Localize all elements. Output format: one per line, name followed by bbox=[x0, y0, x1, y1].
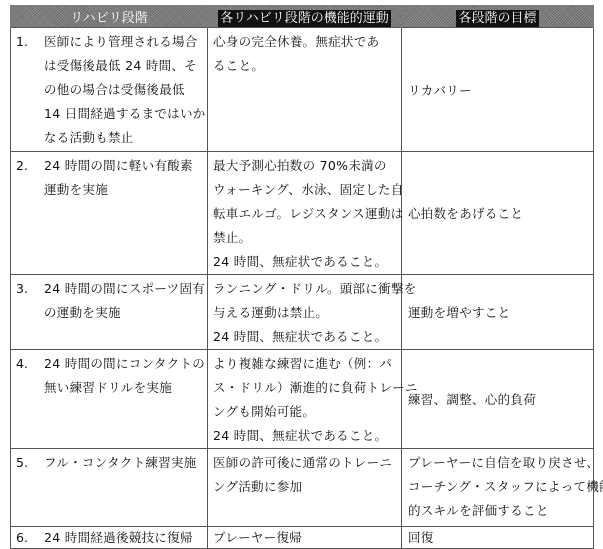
stage-number: 2. bbox=[16, 154, 44, 202]
stage-number: 4. bbox=[16, 352, 44, 400]
goal-cell: 練習、調整、心的負荷 bbox=[402, 350, 594, 449]
stage-text: 24 時間の間に軽い有酸素 運動を実施 bbox=[44, 154, 201, 202]
table-row: 5. フル・コンタクト練習実施 医師の許可後に通常のトレーニ ング活動に参加 プ… bbox=[11, 449, 594, 527]
header-stage: リハビリ段階 bbox=[11, 5, 208, 28]
stage-cell: 4. 24 時間の間にコンタクトの 無い練習ドリルを実施 bbox=[11, 350, 208, 449]
goal-cell: リカバリー bbox=[402, 28, 594, 152]
header-row: リハビリ段階 各リハビリ段階の機能的運動 各段階の目標 bbox=[11, 5, 594, 28]
stage-text: 24 時間の間にコンタクトの 無い練習ドリルを実施 bbox=[44, 352, 205, 400]
header-exercise: 各リハビリ段階の機能的運動 bbox=[208, 5, 402, 28]
stage-number: 5. bbox=[16, 451, 44, 475]
exercise-cell: ランニング・ドリル。頭部に衝撃を 与える運動は禁止。 24 時間、無症状であるこ… bbox=[208, 275, 402, 350]
table-row: 3. 24 時間の間にスポーツ固有 の運動を実施 ランニング・ドリル。頭部に衝撃… bbox=[11, 275, 594, 350]
stage-cell: 1. 医師により管理される場合 は受傷後最低 24 時間、そ の他の場合は受傷後… bbox=[11, 28, 208, 152]
stage-number: 1. bbox=[16, 30, 44, 150]
table-row: 6. 24 時間経過後競技に復帰 プレーヤー復帰 回復 bbox=[11, 527, 594, 549]
stage-text: 医師により管理される場合 は受傷後最低 24 時間、そ の他の場合は受傷後最低 … bbox=[44, 30, 206, 150]
exercise-cell: 最大予測心拍数の 70%未満の ウォーキング、水泳、固定した自 転車エルゴ。レジ… bbox=[208, 152, 402, 275]
stage-text: 24 時間の間にスポーツ固有 の運動を実施 bbox=[44, 277, 205, 325]
goal-cell: プレーヤーに自信を取り戻させ、 コーチング・スタッフによって機能 的スキルを評価… bbox=[402, 449, 594, 527]
stage-cell: 2. 24 時間の間に軽い有酸素 運動を実施 bbox=[11, 152, 208, 275]
table-row: 2. 24 時間の間に軽い有酸素 運動を実施 最大予測心拍数の 70%未満の ウ… bbox=[11, 152, 594, 275]
stage-number: 6. bbox=[16, 528, 44, 548]
exercise-cell: より複雑な練習に進む（例：パ ス・ドリル）漸進的に負荷トレーニ ングも開始可能。… bbox=[208, 350, 402, 449]
stage-cell: 6. 24 時間経過後競技に復帰 bbox=[11, 527, 208, 549]
exercise-cell: プレーヤー復帰 bbox=[208, 527, 402, 549]
exercise-cell: 心身の完全休養。無症状であ ること。 bbox=[208, 28, 402, 152]
goal-cell: 運動を増やすこと bbox=[402, 275, 594, 350]
rehab-stages-table: リハビリ段階 各リハビリ段階の機能的運動 各段階の目標 1. 医師により管理され… bbox=[10, 5, 594, 549]
stage-cell: 5. フル・コンタクト練習実施 bbox=[11, 449, 208, 527]
stage-number: 3. bbox=[16, 277, 44, 325]
stage-cell: 3. 24 時間の間にスポーツ固有 の運動を実施 bbox=[11, 275, 208, 350]
header-goal: 各段階の目標 bbox=[402, 5, 594, 28]
table-row: 1. 医師により管理される場合 は受傷後最低 24 時間、そ の他の場合は受傷後… bbox=[11, 28, 594, 152]
stage-text: フル・コンタクト練習実施 bbox=[44, 451, 201, 475]
stage-text: 24 時間経過後競技に復帰 bbox=[44, 528, 201, 548]
goal-cell: 心拍数をあげること bbox=[402, 152, 594, 275]
exercise-cell: 医師の許可後に通常のトレーニ ング活動に参加 bbox=[208, 449, 402, 527]
goal-cell: 回復 bbox=[402, 527, 594, 549]
table-row: 4. 24 時間の間にコンタクトの 無い練習ドリルを実施 より複雑な練習に進む（… bbox=[11, 350, 594, 449]
